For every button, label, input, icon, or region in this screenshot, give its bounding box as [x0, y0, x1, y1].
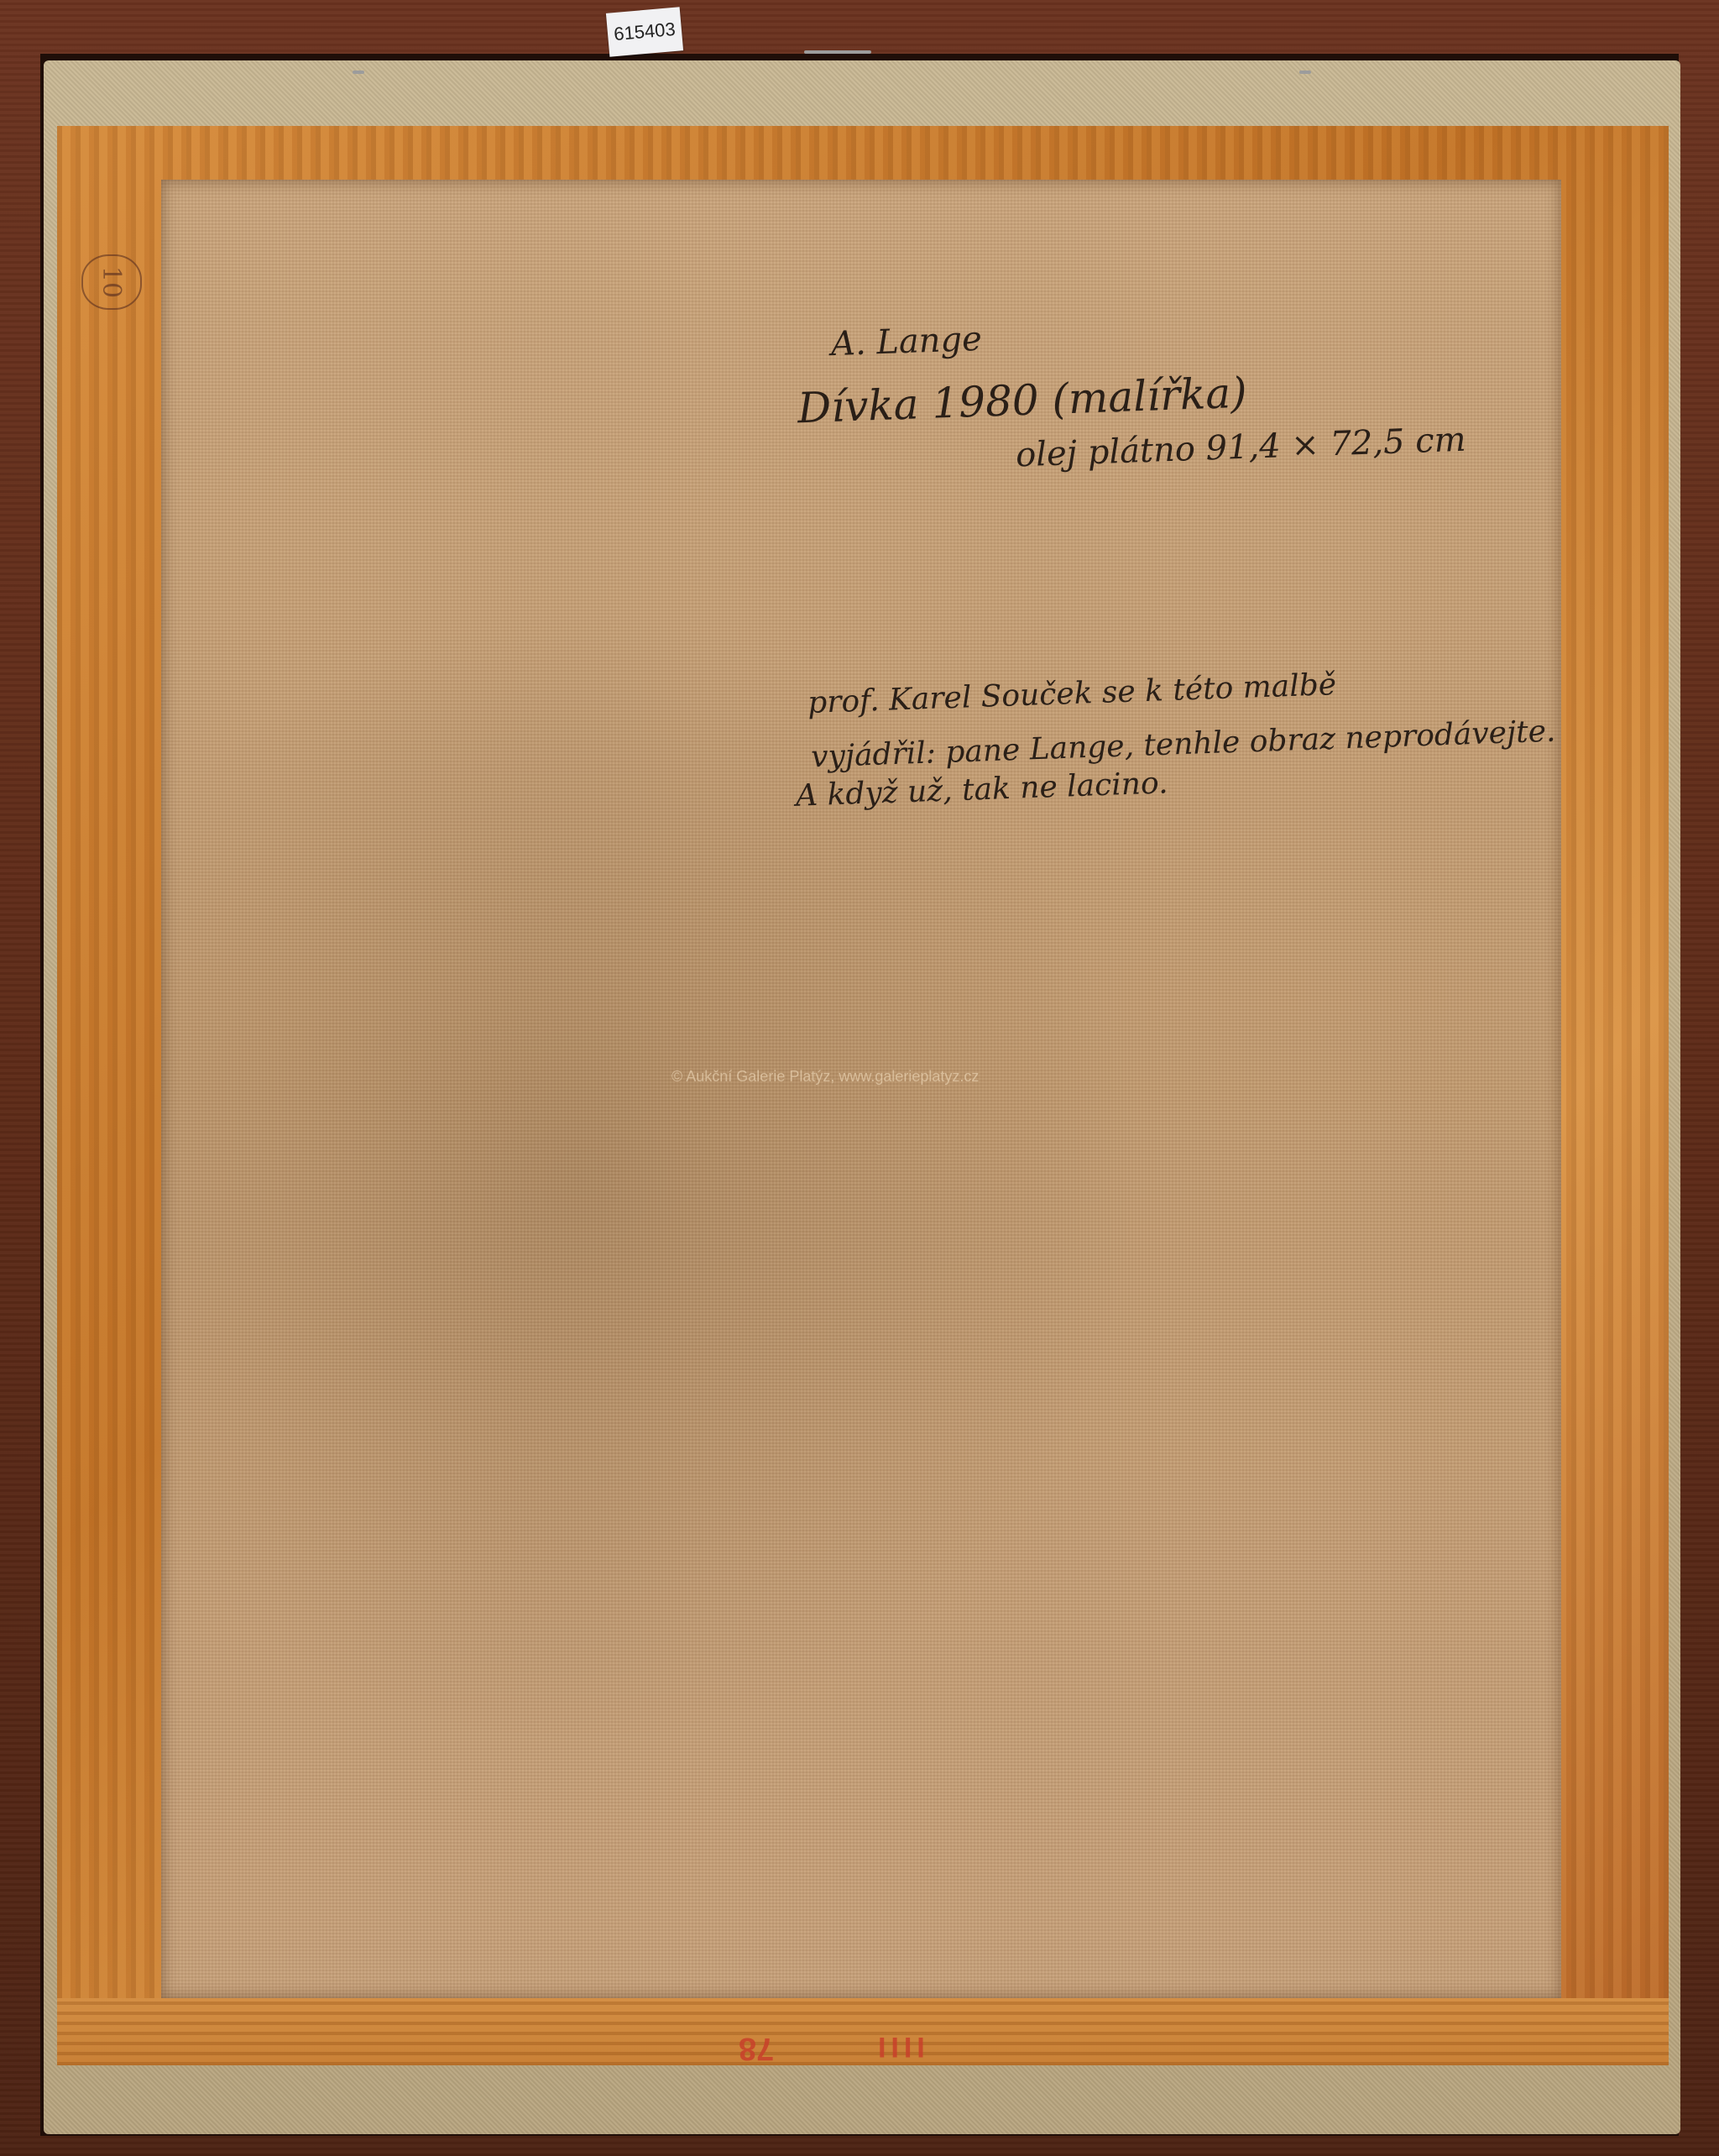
hanging-wire-clip [804, 50, 871, 54]
circled-pencil-mark: 10 [81, 254, 142, 310]
watermark: © Aukční Galerie Platýz, www.galerieplat… [671, 1068, 979, 1086]
inventory-label: 615403 [606, 7, 683, 56]
red-number-mark: 78 [739, 2030, 774, 2066]
staple [353, 71, 364, 74]
red-tick-marks: IIII [873, 2030, 925, 2063]
staple [1299, 71, 1311, 74]
inscription-artist: A. Lange [830, 320, 982, 364]
stretcher-bottom-bar [57, 1998, 1669, 2065]
